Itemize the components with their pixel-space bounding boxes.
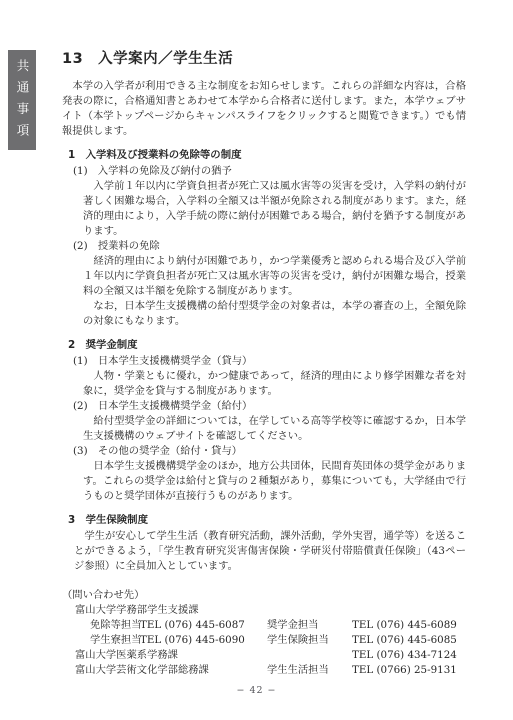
contact-org: 富山大学学務部学生支援課 [75,603,466,618]
item-label: (3) その他の奨学金（給付・貸与） [73,444,466,459]
contact-tel: TEL (076) 434-7124 [352,648,466,663]
contact-tel: TEL (076) 445-6090 [140,633,267,648]
contact-section: （問い合わせ先） 富山大学学務部学生支援課 免除等担当 TEL (076) 44… [62,588,466,678]
section-heading: 1 入学料及び授業料の免除等の制度 [68,148,466,163]
list-item: (2) 日本学生支援機構奨学金（給付） 給付型奨学金の詳細については，在学してい… [62,399,466,444]
list-item: (3) その他の奨学金（給付・貸与） 日本学生支援機構奨学金のほか，地方公共団体… [62,444,466,504]
contact-rows: 富山大学学務部学生支援課 免除等担当 TEL (076) 445-6087 奨学… [75,603,466,678]
item-label: (2) 日本学生支援機構奨学金（給付） [73,399,466,414]
contact-row: 富山大学医薬系学務課 TEL (076) 434-7124 [75,648,466,663]
list-item: (2) 授業料の免除 経済的理由により納付が困難であり，かつ学業優秀と認められる… [62,239,466,329]
contact-row: 富山大学芸術文化学部総務課 学生生活担当 TEL (0766) 25-9131 [75,663,466,678]
section-index-tab-label: 共通事項 [13,50,31,145]
contact-tel: TEL (0766) 25-9131 [352,663,466,678]
intro-paragraph: 本学の入学者が利用できる主な制度をお知らせします。これらの詳細な内容は，合格発表… [62,79,466,139]
contact-row: 学生寮担当 TEL (076) 445-6090 学生保険担当 TEL (076… [75,633,466,648]
contact-tel: TEL (076) 445-6089 [352,618,466,633]
contact-dept: 学生生活担当 [267,663,352,678]
list-item: (1) 日本学生支援機構奨学金（貸与） 人物・学業ともに優れ，かつ健康であって，… [62,354,466,399]
contact-tel: TEL (076) 445-6085 [352,633,466,648]
section-fee-exemption: 1 入学料及び授業料の免除等の制度 (1) 入学料の免除及び納付の猶予 入学前１… [62,148,466,329]
item-body: 給付型奨学金の詳細については，在学している高等学校等に確認するか，日本学生支援機… [83,414,466,444]
section-heading: 3 学生保険制度 [68,513,466,528]
section-index-tab: 共通事項 [8,50,36,150]
contact-org: 富山大学芸術文化学部総務課 [75,663,267,678]
contact-dept: 学生保険担当 [267,633,352,648]
page-title: 13 入学案内／学生生活 [62,52,466,67]
list-item: (1) 入学料の免除及び納付の猶予 入学前１年以内に学資負担者が死亡又は風水害等… [62,164,466,239]
contact-dept: 免除等担当 [75,618,140,633]
contact-row: 富山大学学務部学生支援課 [75,603,466,618]
contact-tel: TEL (076) 445-6087 [140,618,267,633]
item-body: 人物・学業ともに優れ，かつ健康であって，経済的理由により修学困難な者を対象に，奨… [83,369,466,399]
document-page: 共通事項 13 入学案内／学生生活 本学の入学者が利用できる主な制度をお知らせし… [0,0,513,720]
contact-dept: 奨学金担当 [267,618,352,633]
contact-row: 免除等担当 TEL (076) 445-6087 奨学金担当 TEL (076)… [75,618,466,633]
contact-dept [267,648,352,663]
contact-org: 富山大学医薬系学務課 [75,648,267,663]
item-body: 日本学生支援機構奨学金のほか，地方公共団体，民間育英団体の奨学金があります。これ… [83,459,466,504]
page-number: − 42 − [0,685,513,696]
section-body: 学生が安心して学生生活（教育研究活動，課外活動，学外実習，通学等）を送ることがで… [74,529,466,574]
section-scholarship: 2 奨学金制度 (1) 日本学生支援機構奨学金（貸与） 人物・学業ともに優れ，か… [62,338,466,504]
page-content: 13 入学案内／学生生活 本学の入学者が利用できる主な制度をお知らせします。これ… [62,52,466,678]
item-body: 経済的理由により納付が困難であり，かつ学業優秀と認められる場合及び入学前１年以内… [83,254,466,299]
item-label: (1) 日本学生支援機構奨学金（貸与） [73,354,466,369]
contact-heading: （問い合わせ先） [62,588,466,603]
contact-dept: 学生寮担当 [75,633,140,648]
item-body: 入学前１年以内に学資負担者が死亡又は風水害等の災害を受け，入学料の納付が著しく困… [83,179,466,239]
item-label: (1) 入学料の免除及び納付の猶予 [73,164,466,179]
item-body: なお，日本学生支援機構の給付型奨学金の対象者は，本学の審査の上，全額免除の対象に… [83,299,466,329]
item-label: (2) 授業料の免除 [73,239,466,254]
section-heading: 2 奨学金制度 [68,338,466,353]
section-student-insurance: 3 学生保険制度 学生が安心して学生生活（教育研究活動，課外活動，学外実習，通学… [62,513,466,574]
